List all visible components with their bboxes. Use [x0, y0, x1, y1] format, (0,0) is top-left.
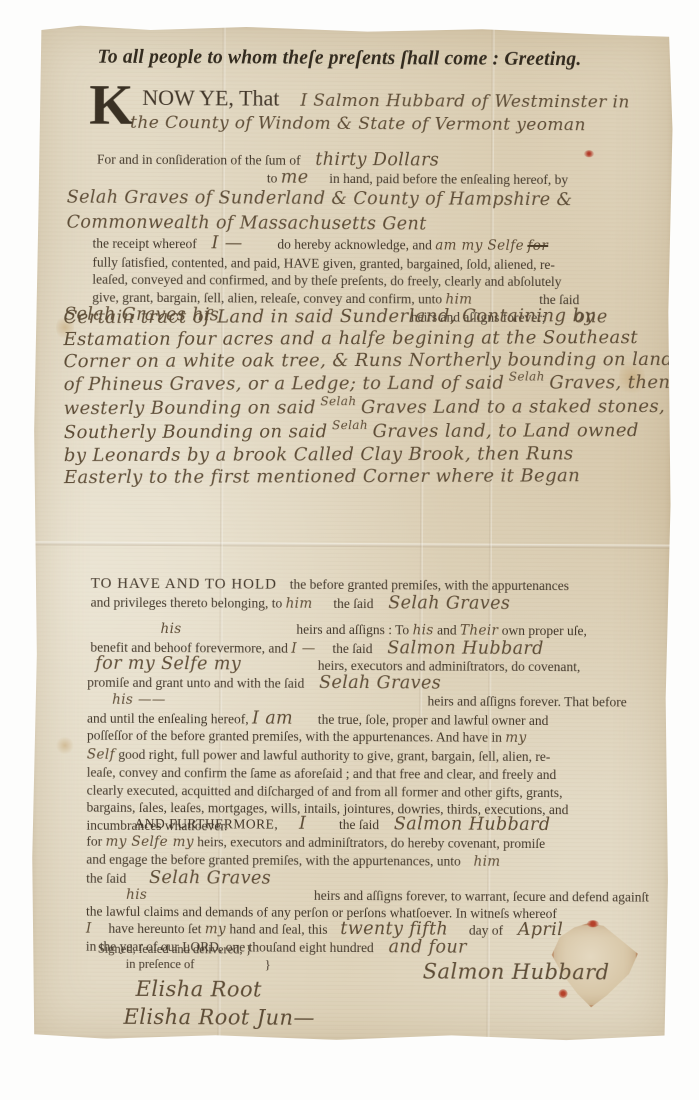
handwritten-segment: him	[286, 595, 313, 611]
printed-segment: heirs, executors and adminiſtrators, do …	[197, 834, 545, 851]
handwritten-segment: my Selfe my	[105, 833, 193, 849]
consideration-amount-handwritten: thirty Dollars	[315, 150, 439, 171]
printed-segment: and privileges thereto belonging, to	[91, 594, 283, 610]
handwritten-segment: him	[473, 854, 500, 870]
handwritten-segment: Graves, then Runs	[549, 372, 699, 394]
handwritten-line: Certain tract of Land in said Sunderland…	[63, 305, 653, 329]
printed-segment: promiſe and grant unto and with the ſaid	[87, 674, 304, 690]
grantee-name-handwritten: Selah Graves	[149, 867, 271, 888]
handwritten-segment: Graves Land to a staked stones, then	[361, 396, 699, 418]
printed-segment: benefit and behoof forevermore, and	[90, 639, 288, 655]
grantor-name-handwritten: Salmon Hubbard	[394, 814, 551, 835]
handwritten-line: Estamation four acres and a halfe begini…	[63, 327, 653, 351]
printed-segment: the ſaid	[332, 640, 372, 655]
handwritten-segment: his	[126, 887, 147, 903]
grantor-name-handwritten: I Salmon Hubbard of Westminster in	[300, 91, 630, 113]
printed-segment: the ſaid	[339, 817, 379, 832]
printed-segment: poſſeſſor of the before granted premiſes…	[87, 728, 502, 745]
grantee-name-handwritten: Selah Graves	[388, 593, 510, 614]
printed-segment: clearly executed, acquitted and diſcharg…	[87, 782, 563, 799]
grantor-signature: Salmon Hubbard	[423, 959, 610, 984]
know-ye-line: NOW YE, That I Salmon Hubbard of Westmin…	[142, 85, 630, 114]
grantee-name-handwritten: Selah Graves	[319, 672, 441, 693]
printed-segment: and engage the before granted premiſes, …	[86, 852, 461, 869]
handwritten-segment: I —	[211, 233, 242, 253]
handwritten-struck-word: for	[527, 238, 548, 254]
printed-segment: the receipt whereof	[92, 236, 196, 252]
printed-segment: heirs and aſſigns : To	[296, 622, 409, 638]
handwritten-segment: his	[160, 621, 181, 637]
handwritten-segment: Southerly Bounding on said	[64, 421, 328, 443]
printed-segment: and until the enſealing hereof,	[87, 710, 249, 726]
handwritten-line: Easterly to the first mentioned Corner w…	[64, 465, 654, 489]
attestation-text: Signed, ſealed and delivered,	[98, 942, 243, 957]
handwritten-segment: his	[413, 622, 434, 638]
witness-signature: Elisha Root	[136, 977, 262, 1002]
handwritten-line: by Leonards by a brook Called Clay Brook…	[64, 443, 654, 467]
attestation-text: in preſence of	[126, 957, 195, 971]
printed-segment: leaſe, convey and confirm the ſame as af…	[87, 765, 557, 782]
deed-paper: To all people to whom theſe preſents ſha…	[30, 24, 673, 1043]
grantor-name-handwritten: Salmon Hubbard	[387, 638, 544, 659]
printed-segment: to	[267, 170, 278, 185]
printed-segment: leaſed, conveyed and confirmed, and by t…	[92, 272, 561, 289]
printed-segment: the lawful claims and demands of any per…	[86, 903, 557, 920]
printed-segment: fully ſatisfied, contented, and paid, HA…	[92, 254, 555, 271]
scan-background: To all people to whom theſe preſents ſha…	[0, 0, 699, 1100]
land-description-handwritten: Certain tract of Land in said Sunderland…	[63, 305, 654, 489]
handwritten-segment: his ——	[112, 692, 166, 708]
handwritten-segment: I	[86, 921, 92, 937]
salutation-text: To all people to whom theſe preſents ſha…	[97, 47, 581, 71]
execution-month-handwritten: April	[518, 920, 564, 940]
dropcap-k: K	[89, 81, 134, 131]
printed-segment: the ſaid	[86, 870, 126, 885]
printed-segment: for	[86, 833, 102, 848]
foxing-spot	[56, 736, 74, 754]
consideration-section: For and in conſideration of the ſum of t…	[97, 151, 573, 238]
know-ye-printed: NOW YE, That	[142, 85, 279, 111]
printed-segment: in hand, paid before the enſealing hereo…	[329, 170, 568, 186]
grantee-residence-handwritten: Commonwealth of Massachusetts Gent	[67, 213, 427, 235]
handwritten-line: Corner on a white oak tree, & Runs North…	[64, 349, 654, 373]
printed-segment: day of	[469, 923, 503, 938]
printed-segment: give, grant, bargain, ſell, alien, relea…	[92, 289, 442, 306]
handwritten-segment: my	[205, 921, 226, 937]
execution-year-handwritten: and four	[388, 937, 466, 957]
habendum-section: TO HAVE AND TO HOLD the before granted p…	[90, 575, 587, 660]
printed-segment: the true, ſole, proper and lawful owner …	[318, 711, 549, 727]
printed-segment: do hereby acknowledge, and	[277, 237, 432, 253]
handwritten-segment: I	[299, 814, 306, 834]
covenant-section: for my Selfe my heirs, executors and adm…	[86, 656, 627, 837]
interlineated-word: Selah	[320, 394, 356, 408]
grantee-name-handwritten: Selah Graves of Sunderland & County of H…	[67, 188, 573, 211]
fold-crease-horizontal	[33, 541, 671, 548]
furthermore-heading: AND FURTHERMORE,	[134, 816, 278, 832]
interlineated-word: Selah	[332, 418, 368, 432]
printed-segment: For and in conſideration of the ſum of	[97, 152, 301, 168]
printed-segment: and	[437, 622, 457, 637]
handwritten-segment: Their	[460, 623, 499, 639]
handwritten-segment: me	[281, 167, 309, 187]
handwritten-segment: my	[505, 730, 526, 746]
printed-segment: good right, full power and lawful author…	[118, 746, 550, 763]
furthermore-section: AND FURTHERMORE, I the ſaid Salmon Hubba…	[86, 815, 550, 889]
attestation-block: Signed, ſealed and delivered, } in preſe…	[98, 942, 271, 973]
grantor-residence-handwritten: the County of Windom & State of Vermont …	[130, 113, 586, 135]
printed-segment: the ſaid	[333, 595, 373, 610]
habendum-heading: TO HAVE AND TO HOLD	[91, 576, 277, 593]
brace-glyph: }	[246, 942, 252, 956]
handwritten-segment: Graves land, to Land owned	[373, 420, 639, 442]
red-ink-spot	[584, 150, 594, 157]
handwritten-segment: of Phineus Graves, or a Ledge; to Land o…	[64, 373, 505, 396]
brace-glyph: }	[265, 958, 271, 972]
handwritten-segment: am my Selfe	[435, 237, 524, 253]
handwritten-segment: westerly Bounding on said	[64, 397, 316, 419]
printed-segment: heirs and aſſigns forever, to warrant, ſ…	[314, 888, 649, 905]
witness-signature: Elisha Root Jun—	[123, 1005, 314, 1030]
printed-segment: own proper uſe,	[502, 623, 587, 638]
printed-segment: heirs and aſſigns forever. That before	[427, 693, 626, 709]
seal-stain-speck	[559, 989, 568, 998]
printed-segment: have hereunto ſet	[108, 921, 201, 936]
salutation-line: To all people to whom theſe preſents ſha…	[97, 47, 581, 72]
handwritten-segment: I am	[252, 708, 293, 728]
handwritten-segment: for my Selfe my	[95, 654, 241, 675]
interlineated-word: Selah	[509, 369, 545, 383]
handwritten-segment: Self	[87, 746, 115, 762]
printed-segment: the before granted premiſes, with the ap…	[290, 577, 569, 593]
handwritten-segment: I —	[291, 640, 315, 656]
printed-segment: hand and ſeal, this	[229, 921, 327, 937]
